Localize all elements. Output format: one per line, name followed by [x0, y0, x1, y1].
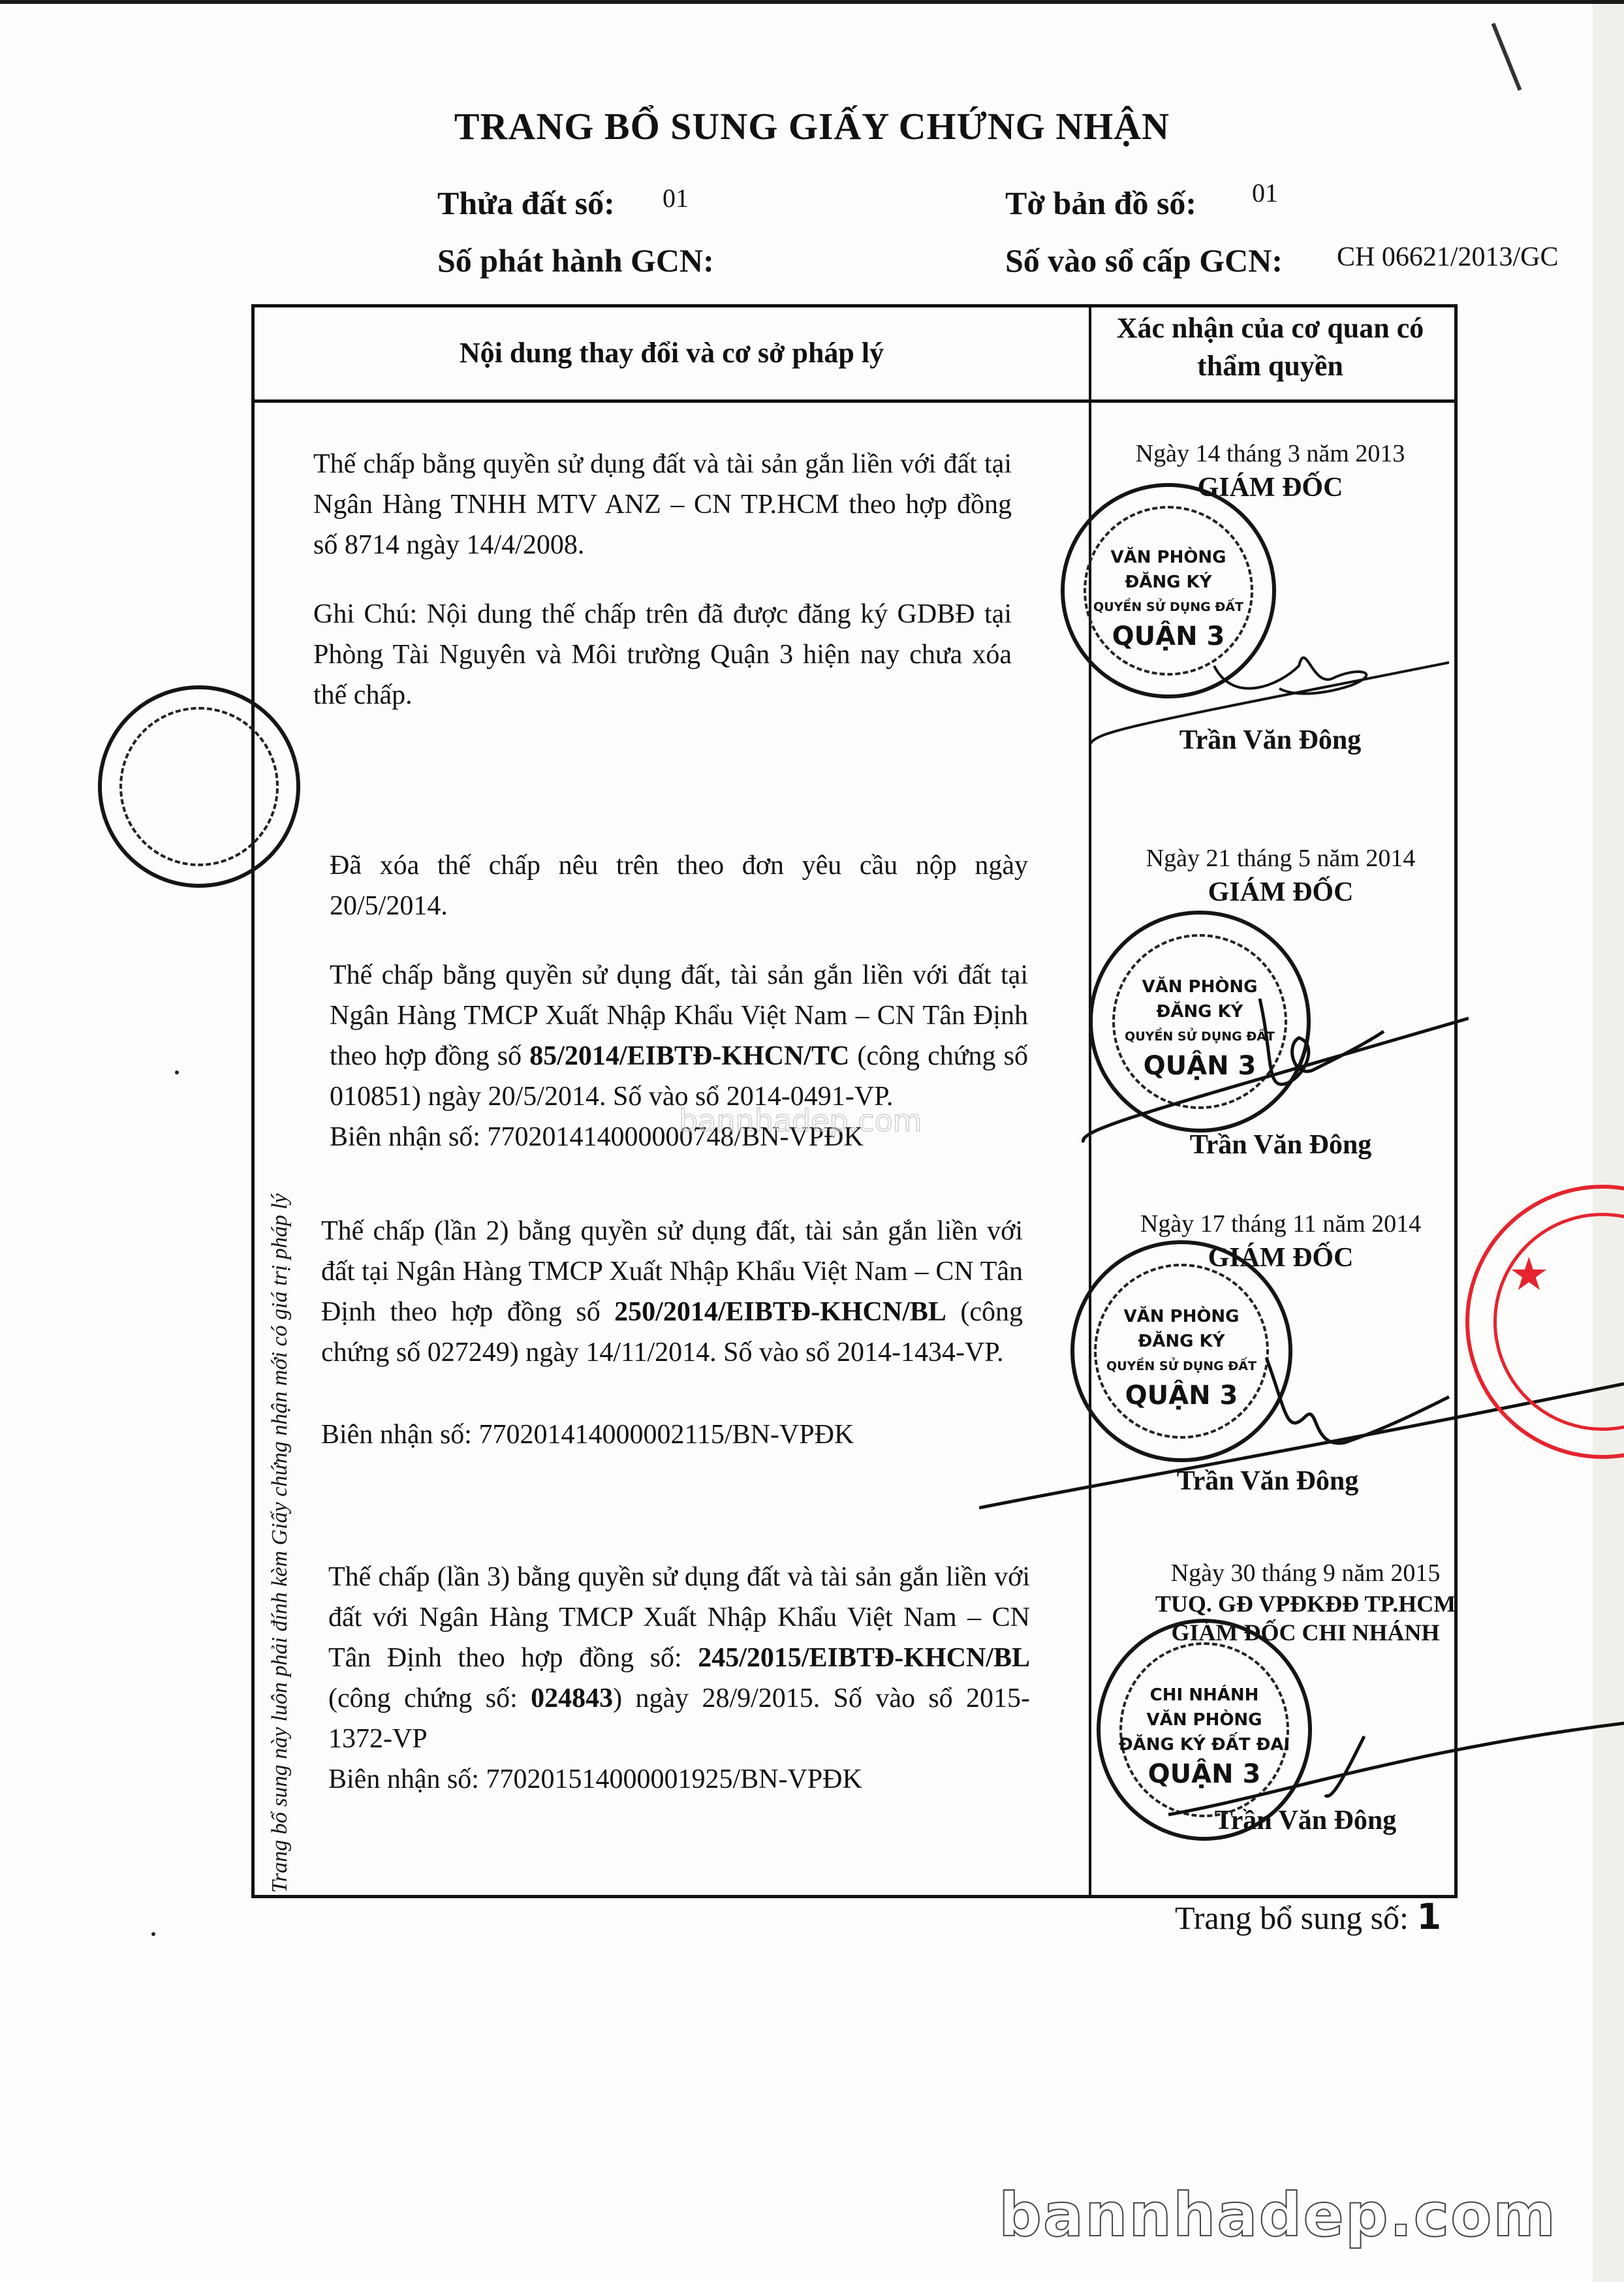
signature-1	[1084, 627, 1449, 757]
parcel-label: Thửa đất số:	[437, 184, 615, 222]
entry-4-receipt: Biên nhận số: 770201514000001925/BN-VPĐK	[328, 1759, 1030, 1800]
entry-4-paragraph: Thế chấp (lần 3) bằng quyền sử dụng đất …	[328, 1557, 1030, 1759]
side-note-vertical: Trang bổ sung này luôn phải đính kèm Giấ…	[268, 1193, 292, 1893]
header-authority: Xác nhận của cơ quan có thẩm quyền	[1091, 309, 1449, 385]
entry-1-note: Ghi Chú: Nội dung thế chấp trên đã được …	[313, 594, 1012, 715]
page-number-value: 1	[1416, 1896, 1441, 1937]
entry-4-text: Thế chấp (lần 3) bằng quyền sử dụng đất …	[328, 1557, 1030, 1800]
map-sheet-label: Tờ bản đồ số:	[1005, 184, 1196, 222]
register-no-label: Số vào sổ cấp GCN:	[1005, 242, 1283, 279]
stamp-1-line: VĂN PHÒNG	[1065, 545, 1272, 570]
watermark-faint: bannhadep.com	[679, 1103, 922, 1138]
entry-4-text-part: (công chứng số:	[328, 1683, 531, 1713]
table-header-divider	[251, 399, 1454, 403]
scan-top-edge	[0, 0, 1624, 4]
page-number-label: Trang bổ sung số:	[1175, 1899, 1409, 1936]
signature-2	[1077, 979, 1469, 1162]
parcel-value: 01	[663, 183, 689, 213]
entry-2-contract-no: 85/2014/EIBTĐ-KHCN/TC	[529, 1041, 849, 1071]
entry-2-date: Ngày 21 tháng 5 năm 2014	[1091, 842, 1470, 875]
speck	[151, 1932, 155, 1936]
scan-edge	[1593, 0, 1624, 2282]
entry-2-paragraph: Thế chấp bằng quyền sử dụng đất, tài sản…	[330, 955, 1028, 1117]
speck	[175, 1071, 179, 1074]
entry-3-text: Thế chấp (lần 2) bằng quyền sử dụng đất,…	[321, 1211, 1023, 1455]
entry-3-date: Ngày 17 tháng 11 năm 2014	[1091, 1208, 1470, 1240]
document-title: TRANG BỔ SUNG GIẤY CHỨNG NHẬN	[0, 104, 1624, 148]
entry-1-date: Ngày 14 tháng 3 năm 2013	[1091, 437, 1449, 470]
map-sheet-value: 01	[1252, 178, 1278, 208]
stamp-1-line: ĐĂNG KÝ	[1065, 570, 1272, 595]
entry-1-text: Thế chấp bằng quyền sử dụng đất và tài s…	[313, 444, 1012, 715]
entry-3-receipt: Biên nhận số: 770201414000002115/BN-VPĐK	[321, 1415, 1023, 1455]
entry-4-date: Ngày 30 tháng 9 năm 2015	[1110, 1557, 1501, 1589]
entry-3-paragraph: Thế chấp (lần 2) bằng quyền sử dụng đất,…	[321, 1211, 1023, 1373]
entry-2-cancel-note: Đã xóa thế chấp nêu trên theo đơn yêu cầ…	[330, 845, 1028, 926]
star-icon: ★	[1508, 1247, 1550, 1302]
margin-stamp	[98, 685, 300, 888]
signature-4	[1149, 1671, 1624, 1828]
entry-4-signer-title-1: TUQ. GĐ VPĐKĐĐ TP.HCM	[1110, 1589, 1501, 1618]
entry-3-contract-no: 250/2014/EIBTĐ-KHCN/BL	[614, 1297, 946, 1327]
register-no-value: CH 06621/2013/GC	[1337, 242, 1559, 273]
entry-4-notary-no: 024843	[531, 1683, 613, 1713]
header-authority-line2: thẩm quyền	[1091, 347, 1449, 385]
entry-1-paragraph: Thế chấp bằng quyền sử dụng đất và tài s…	[313, 444, 1012, 565]
header-changes: Nội dung thay đổi và cơ sở pháp lý	[255, 334, 1089, 372]
watermark: bannhadep.com	[999, 2180, 1557, 2250]
issue-no-label: Số phát hành GCN:	[437, 242, 714, 279]
page-number: Trang bổ sung số: 1	[1175, 1896, 1441, 1937]
entry-2-signer-title: GIÁM ĐỐC	[1091, 875, 1470, 910]
header-authority-line1: Xác nhận của cơ quan có	[1091, 309, 1449, 347]
entry-4-contract-no: 245/2015/EIBTĐ-KHCN/BL	[698, 1643, 1030, 1673]
stamp-1-line: QUYỀN SỬ DỤNG ĐẤT	[1065, 595, 1272, 619]
